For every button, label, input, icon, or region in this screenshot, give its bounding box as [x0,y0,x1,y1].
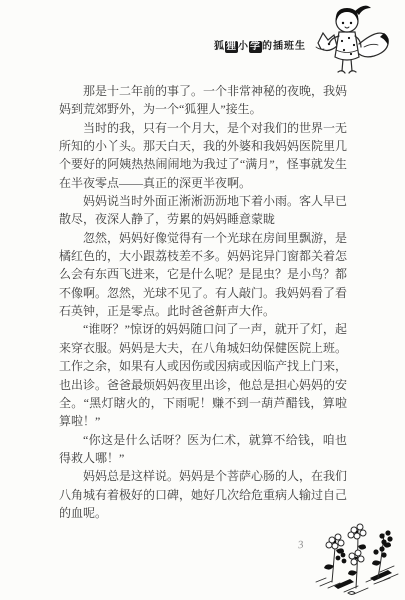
title-char: 狸 [225,41,238,53]
story-paragraph: 当时的我，只有一个月大，是个对我们的世界一无所知的小丫头。那天白天，我的外婆和我… [59,119,347,192]
story-paragraph: “谁呀？”惊讶的妈妈随口问了一声，就开了灯，起来穿衣服。妈妈是大夫，在八角城妇幼… [59,320,347,430]
flower-illustration [310,516,402,598]
page-number: 3 [297,539,304,552]
title-char: 学 [249,41,262,53]
story-paragraph: 忽然，妈妈好像觉得有一个光球在房间里飘游，是橘红色的，大小跟荔枝差不多。妈妈诧异… [59,229,347,321]
story-paragraph: 妈妈说当时外面正淅淅沥沥地下着小雨。客人早已散尽，夜深人静了，劳累的妈妈睡意蒙眬 [59,192,347,229]
title-char: 插 [273,41,284,53]
fox-girl-illustration [302,3,394,79]
story-paragraph: 那是十二年前的事了。一个非常神秘的夜晚，我妈妈到荒郊野外，为一个“狐狸人”接生。 [59,82,347,119]
story-paragraph: “你这是什么话呀？医为仁术，就算不给钱，咱也得救人哪！” [59,431,347,468]
title-char: 班 [284,41,295,53]
title-char: 狐 [214,41,225,53]
story-text: 那是十二年前的事了。一个非常神秘的夜晚，我妈妈到荒郊野外，为一个“狐狸人”接生。… [59,82,347,522]
fox-girl-drawing [302,3,394,79]
flowers-drawing [310,516,402,598]
running-header-title: 狐狸小学的插班生 [214,41,306,53]
title-char: 小 [238,41,249,53]
title-char: 的 [262,41,273,53]
story-paragraph: 妈妈总是这样说。妈妈是个菩萨心肠的人，在我们八角城有着极好的口碑，她好几次给危重… [59,467,347,522]
book-page: 狐狸小学的插班生 [0,0,405,600]
